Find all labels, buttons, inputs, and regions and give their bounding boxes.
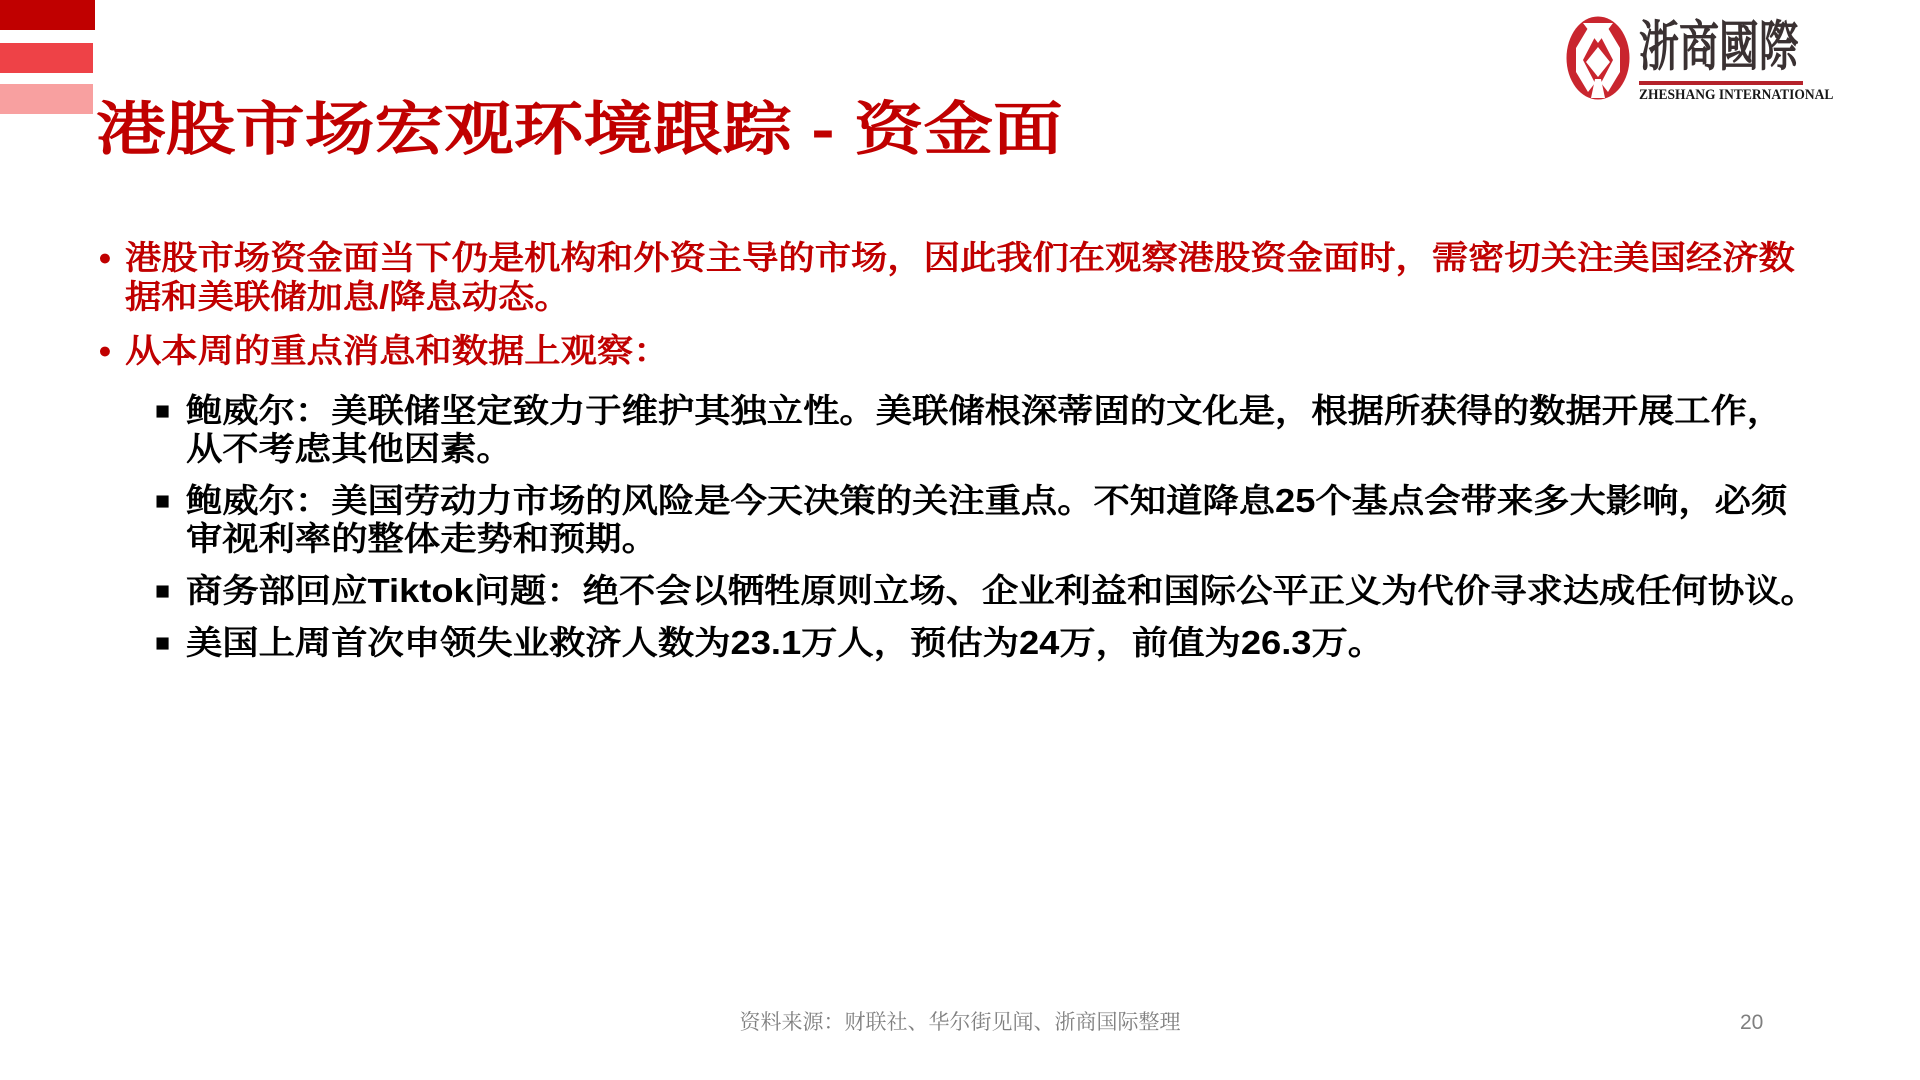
company-logo: 浙商國際 ZHESHANG INTERNATIONAL [1566, 16, 1803, 104]
square-bullet-icon: ■ [155, 624, 186, 662]
source-note: 资料来源：财联社、华尔街见闻、浙商国际整理 [0, 1010, 1920, 1036]
logo-divider [1639, 81, 1803, 85]
bullet-text: 港股市场资金面当下仍是机构和外资主导的市场，因此我们在观察港股资金面时，需密切关… [125, 238, 1795, 316]
deco-bar-light-red [0, 84, 93, 114]
square-bullet-icon: ■ [155, 392, 186, 468]
sub-bullet-text: 鲍威尔：美国劳动力市场的风险是今天决策的关注重点。不知道降息25个基点会带来多大… [186, 482, 1787, 558]
page-number: 20 [1740, 1010, 1763, 1036]
deco-bar-dark-red [0, 0, 95, 30]
slide: 浙商國際 ZHESHANG INTERNATIONAL 港股市场宏观环境跟踪 -… [0, 0, 1920, 1080]
bullet-text: 从本周的重点消息和数据上观察： [125, 331, 670, 370]
sub-bullet-item: ■ 鲍威尔：美国劳动力市场的风险是今天决策的关注重点。不知道降息25个基点会带来… [155, 482, 1858, 558]
sub-bullet-text: 鲍威尔：美联储坚定致力于维护其独立性。美联储根深蒂固的文化是，根据所获得的数据开… [186, 392, 1783, 468]
bullet-dot-icon: ● [98, 331, 125, 370]
square-bullet-icon: ■ [155, 572, 186, 610]
sub-bullet-text: 商务部回应Tiktok问题：绝不会以牺牲原则立场、企业利益和国际公平正义为代价寻… [186, 572, 1817, 610]
bullet-item: ● 港股市场资金面当下仍是机构和外资主导的市场，因此我们在观察港股资金面时，需密… [98, 238, 1858, 316]
sub-bullet-list: ■ 鲍威尔：美联储坚定致力于维护其独立性。美联储根深蒂固的文化是，根据所获得的数… [155, 392, 1858, 662]
deco-bar-mid-red [0, 43, 93, 73]
page-title: 港股市场宏观环境跟踪 - 资金面 [96, 98, 1063, 162]
bullet-dot-icon: ● [98, 238, 125, 316]
square-bullet-icon: ■ [155, 482, 186, 558]
logo-name-en: ZHESHANG INTERNATIONAL [1639, 87, 1787, 104]
content-area: ● 港股市场资金面当下仍是机构和外资主导的市场，因此我们在观察港股资金面时，需密… [98, 238, 1858, 676]
sub-bullet-item: ■ 商务部回应Tiktok问题：绝不会以牺牲原则立场、企业利益和国际公平正义为代… [155, 572, 1858, 610]
logo-emblem-icon [1566, 16, 1630, 100]
logo-name-cn: 浙商國際 [1639, 16, 1760, 78]
sub-bullet-text: 美国上周首次申领失业救济人数为23.1万人，预估为24万，前值为26.3万。 [186, 624, 1384, 662]
sub-bullet-item: ■ 美国上周首次申领失业救济人数为23.1万人，预估为24万，前值为26.3万。 [155, 624, 1858, 662]
logo-text-block: 浙商國際 ZHESHANG INTERNATIONAL [1639, 16, 1803, 104]
bullet-item: ● 从本周的重点消息和数据上观察： [98, 331, 1858, 370]
sub-bullet-item: ■ 鲍威尔：美联储坚定致力于维护其独立性。美联储根深蒂固的文化是，根据所获得的数… [155, 392, 1858, 468]
